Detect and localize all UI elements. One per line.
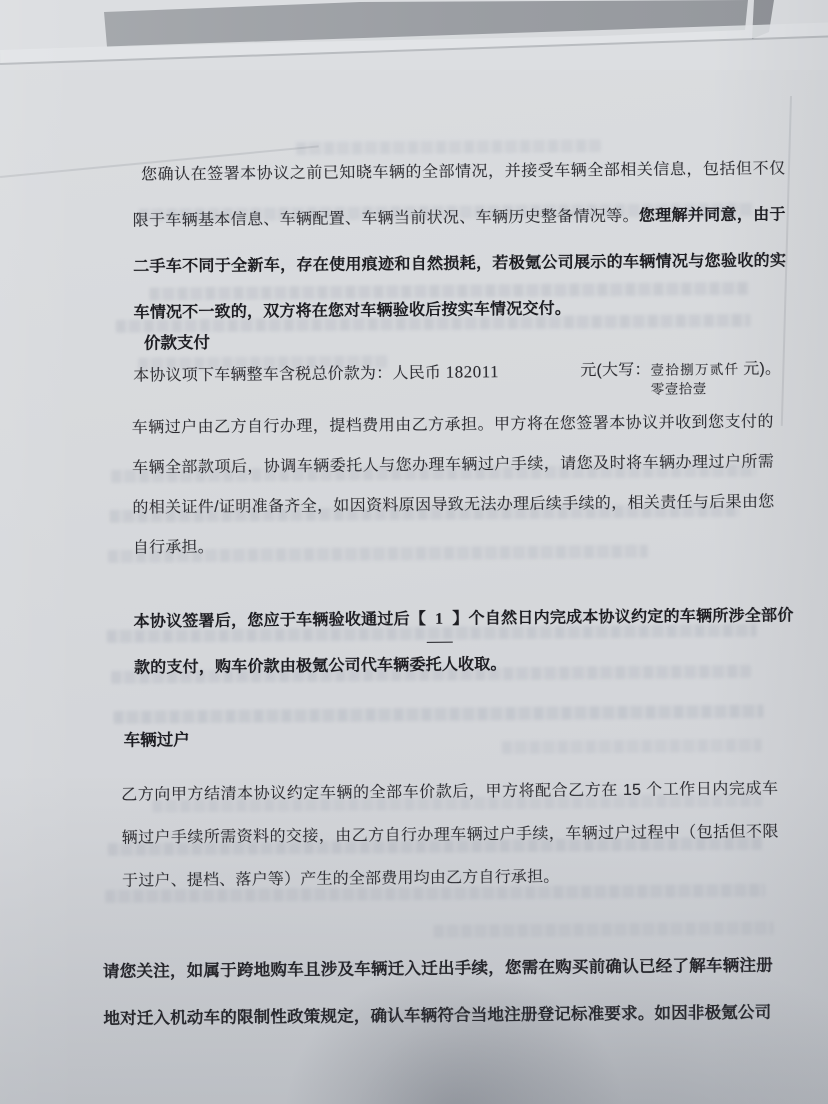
agreement-page: 您确认在签署本协议之前已知晓车辆的全部情况，并接受车辆全部相关信息，包括但不仅限… xyxy=(0,0,828,1104)
bleedthrough-text-line xyxy=(434,922,774,938)
paragraph-transfer-fees: 车辆过户由乙方自行办理，提档费用由乙方承担。甲方将在您签署本协议并收到您支付的车… xyxy=(132,403,776,569)
heading-vehicle-transfer: 车辆过户 xyxy=(124,726,190,751)
capital-close: 元)。 xyxy=(739,360,782,377)
bleedthrough-text-line xyxy=(502,739,762,754)
capital-open: 元(大写： xyxy=(580,362,651,380)
paragraph-transfer-procedure: 乙方向甲方结清本协议约定车辆的全部车价款后，甲方将配合乙方在 15 个工作日内完… xyxy=(121,768,779,903)
capital-amount-filled: 壹拾捌万贰仟零壹拾壹 xyxy=(651,360,739,399)
price-right: 元(大写：壹拾捌万贰仟零壹拾壹 元)。 xyxy=(580,356,781,399)
paragraph-vehicle-condition: 您确认在签署本协议之前已知晓车辆的全部情况，并接受车辆全部相关信息，包括但不仅限… xyxy=(132,146,787,336)
document-photo: 您确认在签署本协议之前已知晓车辆的全部情况，并接受车辆全部相关信息，包括但不仅限… xyxy=(0,0,828,1104)
deadline-before: 本协议签署后，您应于车辆验收通过后【 xyxy=(134,611,427,631)
price-left: 本协议项下车辆整车含税总价款为：人民币 182011 xyxy=(133,359,499,404)
paragraph-payment-deadline: 本协议签署后，您应于车辆验收通过后【1】个自然日内完成本协议约定的车辆所涉全部价… xyxy=(133,593,794,690)
bleedthrough-text-line xyxy=(113,705,763,724)
deadline-days-filled: 1 xyxy=(426,597,453,643)
paragraph-cross-region-notice: 请您关注，如属于跨地购车且涉及车辆迁入迁出手续，您需在购买前确认已经了解车辆注册… xyxy=(103,942,774,1042)
heading-price-payment: 价款支付 xyxy=(144,329,210,354)
price-prefix: 本协议项下车辆整车含税总价款为：人民币 xyxy=(133,365,441,385)
price-line: 本协议项下车辆整车含税总价款为：人民币 182011 元(大写：壹拾捌万贰仟零壹… xyxy=(133,356,781,403)
price-amount-digits: 182011 xyxy=(446,362,500,382)
